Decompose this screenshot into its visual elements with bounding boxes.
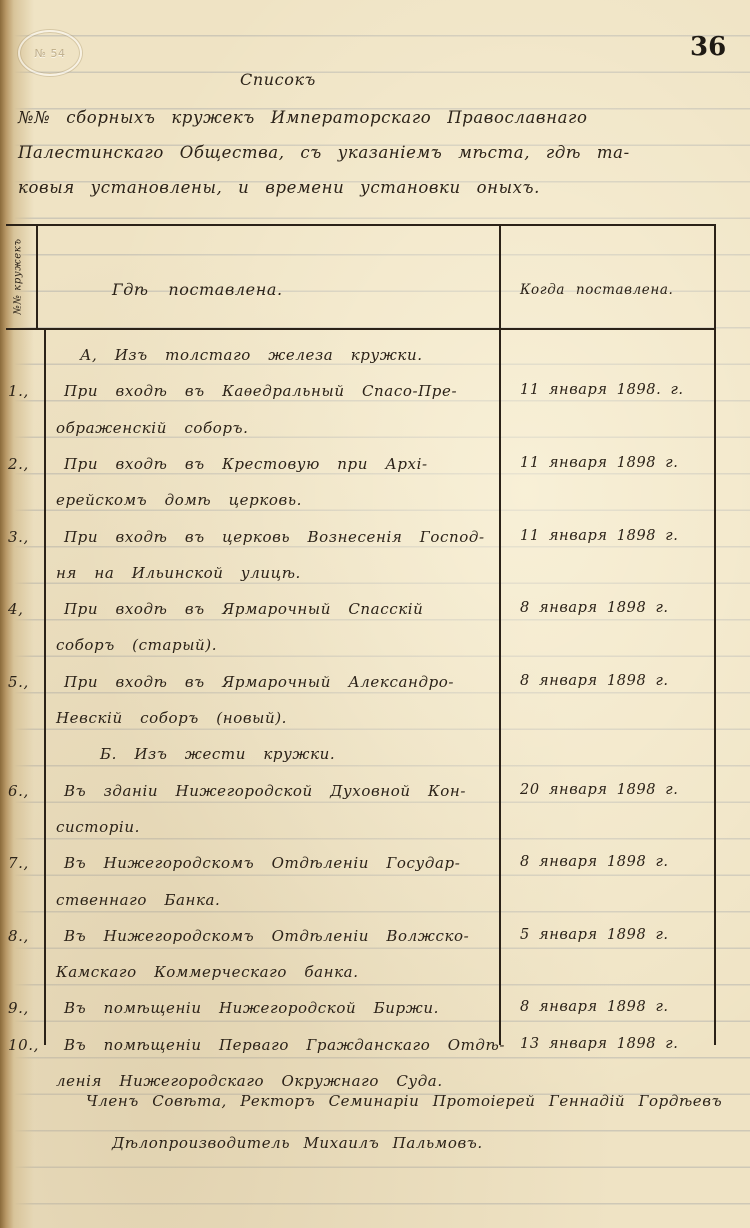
row-location: Въ помѣщеніи Перваго Гражданскаго Отдѣ- — [64, 1036, 505, 1054]
row-location: При входѣ въ Крестовую при Архі- — [64, 455, 428, 473]
column-header-when: Когда поставлена. — [520, 282, 673, 298]
page-number: 36 — [690, 32, 726, 62]
row-location: соборъ (старый). — [56, 636, 217, 654]
signature-clerk: Дѣлопроизводитель Михаилъ Пальмовъ. — [112, 1134, 483, 1152]
stamp-text: № 54 — [35, 47, 66, 60]
column-divider — [714, 224, 716, 1045]
table-top-rule — [6, 224, 716, 226]
signature-council-member: Членъ Совѣта, Ректоръ Семинаріи Протоіер… — [86, 1092, 722, 1110]
section-label: А, Изъ толстаго железа кружки. — [80, 346, 423, 364]
row-number: 10., — [8, 1036, 39, 1054]
row-date: 8 января 1898 г. — [520, 600, 669, 616]
row-location: При входѣ въ Каѳедральный Спасо-Пре- — [64, 382, 457, 400]
row-location: ственнаго Банка. — [56, 891, 220, 909]
row-location: ня на Ильинской улицѣ. — [56, 564, 301, 582]
row-number: 3., — [8, 528, 29, 546]
row-date: 11 января 1898. г. — [520, 382, 684, 398]
column-header-where: Гдѣ поставлена. — [112, 280, 283, 299]
row-date: 11 января 1898 г. — [520, 528, 678, 544]
row-location: ленія Нижегородскаго Окружнаго Суда. — [56, 1072, 443, 1090]
document-title: Списокъ — [240, 70, 316, 89]
column-divider — [499, 224, 501, 1045]
row-date: 8 января 1898 г. — [520, 999, 669, 1015]
embossed-stamp: № 54 — [18, 30, 82, 76]
row-number: 5., — [8, 673, 29, 691]
row-location: Въ помѣщеніи Нижегородской Биржи. — [64, 999, 439, 1017]
ledger-table: №№ кружекъ Гдѣ поставлена. Когда поставл… — [0, 224, 716, 1045]
row-location: При входѣ въ церковь Вознесенія Господ- — [64, 528, 485, 546]
section-label: Б. Изъ жести кружки. — [100, 745, 335, 763]
column-header-number: №№ кружекъ — [3, 230, 33, 322]
row-number: 2., — [8, 455, 29, 473]
heading-line: ковыя установлены, и времени установки о… — [18, 170, 718, 205]
row-location: При входѣ въ Ярмарочный Спасскій — [64, 600, 423, 618]
column-divider — [44, 328, 46, 1045]
row-location: При входѣ въ Ярмарочный Александро- — [64, 673, 454, 691]
row-date: 20 января 1898 г. — [520, 782, 678, 798]
column-divider — [36, 224, 38, 328]
row-location: Въ Нижегородскомъ Отдѣленіи Волжско- — [64, 927, 469, 945]
table-header-rule — [6, 328, 716, 330]
row-date: 13 января 1898 г. — [520, 1036, 678, 1052]
document-heading: №№ сборныхъ кружекъ Императорскаго Право… — [18, 100, 718, 205]
row-number: 7., — [8, 854, 29, 872]
row-location: систоріи. — [56, 818, 140, 836]
row-location: Камскаго Коммерческаго банка. — [56, 963, 359, 981]
row-number: 1., — [8, 382, 29, 400]
heading-line: Палестинскаго Общества, съ указаніемъ мѣ… — [18, 135, 718, 170]
row-date: 5 января 1898 г. — [520, 927, 669, 943]
row-number: 8., — [8, 927, 29, 945]
row-date: 8 января 1898 г. — [520, 854, 669, 870]
row-location: ображенскій соборъ. — [56, 419, 249, 437]
row-location: ерейскомъ домѣ церковь. — [56, 491, 302, 509]
row-location: Въ Нижегородскомъ Отдѣленіи Государ- — [64, 854, 460, 872]
row-number: 6., — [8, 782, 29, 800]
row-number: 9., — [8, 999, 29, 1017]
row-date: 8 января 1898 г. — [520, 673, 669, 689]
row-location: Въ зданіи Нижегородской Духовной Кон- — [64, 782, 466, 800]
row-date: 11 января 1898 г. — [520, 455, 678, 471]
row-location: Невскій соборъ (новый). — [56, 709, 287, 727]
heading-line: №№ сборныхъ кружекъ Императорскаго Право… — [18, 100, 718, 135]
row-number: 4, — [8, 600, 24, 618]
